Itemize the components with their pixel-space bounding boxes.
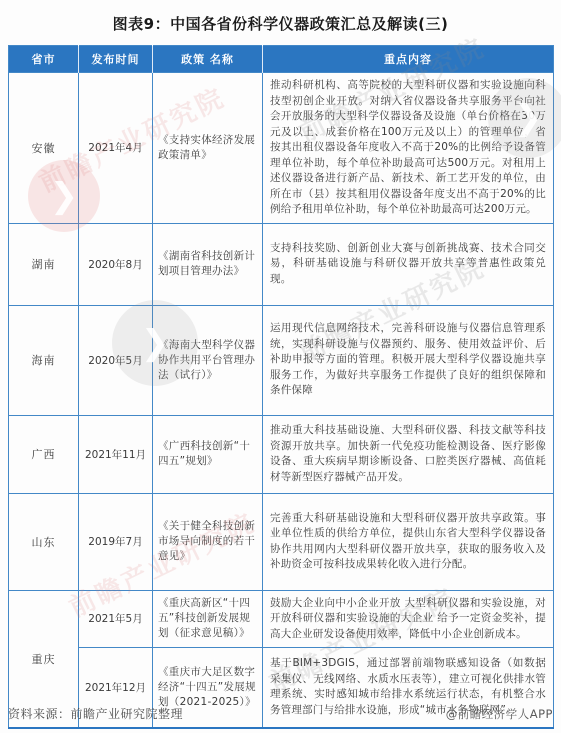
content-cell: 推动重大科技基础设施、大型科研仪器、科技文献等科技资源开放共享。加快新一代免疫功… [263, 415, 554, 493]
date-cell: 2019年7月 [79, 493, 153, 590]
province-cell: 海南 [9, 305, 79, 415]
province-cell: 湖南 [9, 223, 79, 305]
date-cell: 2020年5月 [79, 305, 153, 415]
date-cell: 2020年8月 [79, 223, 153, 305]
province-cell: 山东 [9, 493, 79, 590]
footer: 资料来源：前瞻产业研究院整理 @前瞻经济学人APP [8, 705, 553, 722]
province-cell: 安徽 [9, 73, 79, 224]
column-header-content: 重点内容 [263, 46, 554, 73]
policy-table: 省市 发布时间 政策 名称 重点内容 安徽 2021年4月 《支持实体经济发展政… [8, 45, 554, 729]
credit-note: @前瞻经济学人APP [446, 706, 553, 722]
date-cell: 2021年5月 [79, 590, 153, 648]
source-note: 资料来源：前瞻产业研究院整理 [8, 705, 183, 722]
chart-page: 前瞻产业研究院 前瞻产业研究院 前瞻产业研究院 前瞻产业研究院 前瞻产业研究院 … [0, 0, 561, 733]
table-row: 海南 2020年5月 《海南大型科学仪器协作共用平台管理办法（试行）》 运用现代… [9, 305, 554, 415]
table-row: 湖南 2020年8月 《湖南省科技创新计划项目管理办法》 支持科技奖励、创新创业… [9, 223, 554, 305]
content-cell: 鼓励大企业向中小企业开放 大型科研仪器和实验设施，对开放科研仪器和实验设施的大企… [263, 590, 554, 648]
table-header-row: 省市 发布时间 政策 名称 重点内容 [9, 46, 554, 73]
table-row: 重庆 2021年5月 《重庆高新区“十四五”科技创新发展规划（征求意见稿）》 鼓… [9, 590, 554, 648]
policy-cell: 《支持实体经济发展政策清单》 [153, 73, 263, 224]
column-header-province: 省市 [9, 46, 79, 73]
date-cell: 2021年11月 [79, 415, 153, 493]
date-cell: 2021年4月 [79, 73, 153, 224]
content-cell: 完善重大科研基础设施和大型科研仪器开放共享政策。事业单位性质的供给方单位，提供山… [263, 493, 554, 590]
table-row: 广西 2021年11月 《广西科技创新“十四五”规划》 推动重大科技基础设施、大… [9, 415, 554, 493]
table-row: 山东 2019年7月 《关于健全科技创新市场导向制度的若干意见》 完善重大科研基… [9, 493, 554, 590]
policy-cell: 《广西科技创新“十四五”规划》 [153, 415, 263, 493]
column-header-date: 发布时间 [79, 46, 153, 73]
content-cell: 运用现代信息网络技术，完善科研设施与仪器信息管理系统，实现科研设施与仪器预约、服… [263, 305, 554, 415]
policy-cell: 《海南大型科学仪器协作共用平台管理办法（试行）》 [153, 305, 263, 415]
content-cell: 支持科技奖励、创新创业大赛与创新挑战赛、技术合同交易，科研基础设施与科研仪器开放… [263, 223, 554, 305]
policy-cell: 《关于健全科技创新市场导向制度的若干意见》 [153, 493, 263, 590]
content-cell: 推动科研机构、高等院校的大型科研仪器和实验设施向科技型初创企业开放。对纳入省仪器… [263, 73, 554, 224]
policy-cell: 《湖南省科技创新计划项目管理办法》 [153, 223, 263, 305]
province-cell: 广西 [9, 415, 79, 493]
policy-cell: 《重庆高新区“十四五”科技创新发展规划（征求意见稿）》 [153, 590, 263, 648]
page-title: 图表9：中国各省份科学仪器政策汇总及解读(三) [0, 0, 561, 34]
table-row: 安徽 2021年4月 《支持实体经济发展政策清单》 推动科研机构、高等院校的大型… [9, 73, 554, 224]
column-header-policy: 政策 名称 [153, 46, 263, 73]
